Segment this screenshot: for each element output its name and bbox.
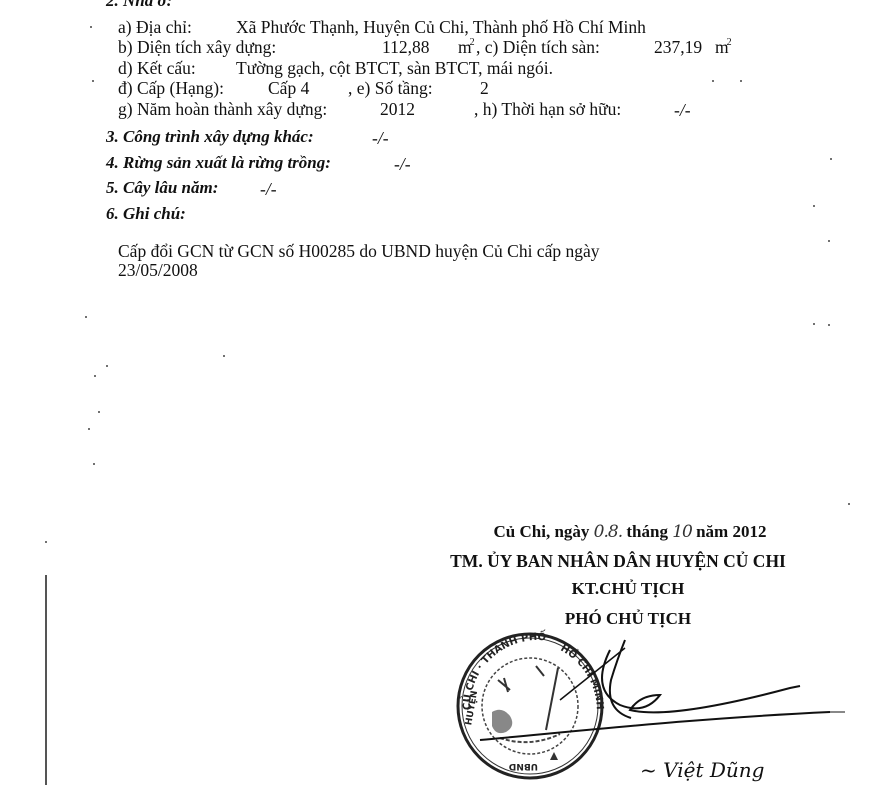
section-2-heading: 2. Nhà ở:	[106, 0, 172, 11]
section-3-value: -/-	[372, 128, 389, 148]
scan-speck	[92, 80, 94, 82]
signature-title-1: KT.CHỦ TỊCH	[428, 579, 828, 599]
signature-date-line: Củ Chi, ngày 0.8. tháng 10 năm 2012	[420, 522, 840, 542]
structure-value: Tường gạch, cột BTCT, sàn BTCT, mái ngói…	[236, 58, 553, 78]
scan-speck	[813, 205, 815, 207]
ownership-term-value: -/-	[674, 100, 691, 120]
floor-area-value: 237,19	[654, 37, 702, 57]
section-4-value: -/-	[394, 154, 411, 174]
floors-label: , e) Số tầng:	[348, 78, 433, 98]
build-area-label: b) Diện tích xây dựng:	[118, 37, 276, 57]
scan-speck	[712, 80, 714, 82]
signature-org: TM. ỦY BAN NHÂN DÂN HUYỆN CỦ CHI	[418, 551, 818, 572]
handwritten-month: 10	[672, 522, 692, 542]
signature-strokes	[480, 640, 845, 740]
section-5-value: -/-	[260, 179, 277, 199]
floor-area-label: , c) Diện tích sàn:	[476, 37, 600, 57]
note-line-2: 23/05/2008	[118, 260, 198, 280]
address-value: Xã Phước Thạnh, Huyện Củ Chi, Thành phố …	[236, 17, 646, 37]
scan-speck	[98, 411, 100, 413]
scan-speck	[90, 26, 92, 28]
structure-label: d) Kết cấu:	[118, 58, 196, 78]
section-4-heading: 4. Rừng sản xuất là rừng trồng:	[106, 153, 331, 173]
scan-speck	[828, 240, 830, 242]
section-3-heading: 3. Công trình xây dựng khác:	[106, 127, 314, 147]
scan-speck	[45, 541, 47, 543]
grade-label: đ) Cấp (Hạng):	[118, 78, 224, 98]
scan-speck	[223, 355, 225, 357]
grade-value: Cấp 4	[268, 78, 309, 98]
scan-speck	[740, 80, 742, 82]
signer-name: ~ Việt Dũng	[640, 758, 764, 782]
floor-area-unit: m2	[715, 37, 732, 61]
scan-speck	[93, 463, 95, 465]
scan-speck	[813, 323, 815, 325]
handwritten-day: 0.8.	[594, 522, 622, 542]
scan-speck	[88, 428, 90, 430]
note-line-1: Cấp đổi GCN từ GCN số H00285 do UBND huy…	[118, 241, 599, 261]
svg-text:UBND: UBND	[509, 761, 538, 771]
scan-speck	[85, 316, 87, 318]
svg-text:HỒ CHÍ MINH: HỒ CHÍ MINH	[558, 643, 604, 710]
scan-edge-line	[45, 575, 47, 785]
section-5-heading: 5. Cây lâu năm:	[106, 178, 218, 198]
ownership-term-label: , h) Thời hạn sở hữu:	[474, 99, 621, 119]
scan-speck	[828, 324, 830, 326]
seal-icon: CỦ CHI · THÀNH PHỐ HỒ CHÍ MINH UBND HUYỆ…	[458, 628, 605, 778]
completion-value: 2012	[380, 99, 415, 119]
scan-speck	[106, 365, 108, 367]
scan-speck	[848, 503, 850, 505]
address-label: a) Địa chỉ:	[118, 17, 192, 37]
scan-speck	[830, 158, 832, 160]
scan-speck	[94, 375, 96, 377]
completion-label: g) Năm hoàn thành xây dựng:	[118, 99, 327, 119]
floors-value: 2	[480, 78, 489, 98]
section-6-heading: 6. Ghi chú:	[106, 204, 186, 224]
build-area-value: 112,88	[382, 37, 429, 57]
